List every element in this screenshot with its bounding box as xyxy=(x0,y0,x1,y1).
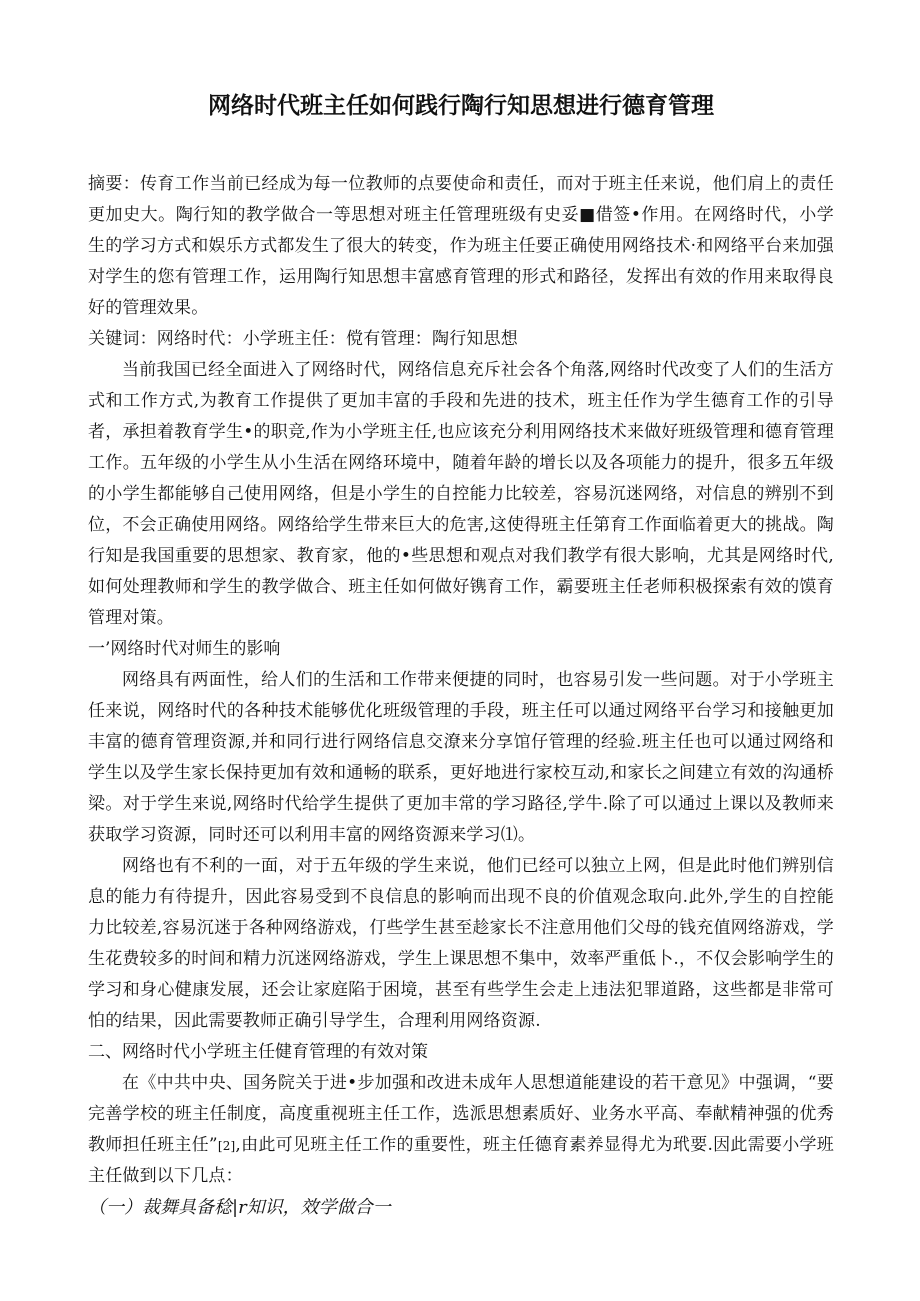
keywords-line: 关键词：网络时代：小学班主任：傥有管理：陶行知思想 xyxy=(88,324,834,355)
section-2-heading: 二、网络时代小学班主任健育管理的有效对策 xyxy=(88,1037,834,1068)
section-1-paragraph-2: 网络也有不利的一面，对于五年级的学生来说，他们已经可以独立上网，但是此时他们辨别… xyxy=(88,851,834,1037)
document-page: 网络时代班主任如何践行陶行知思想进行德育管理 摘要：传育工作当前已经成为每一位教… xyxy=(0,0,920,1301)
section-1-paragraph-1: 网络具有两面性，给人们的生活和工作带来便捷的同时，也容易引发一些问题。对于小学班… xyxy=(88,665,834,851)
intro-paragraph: 当前我国已经全面进入了网络时代，网络信息充斥社会各个角落,网络时代改变了人们的生… xyxy=(88,355,834,634)
abstract-paragraph: 摘要：传育工作当前已经成为每一位教师的点要使命和责任，而对于班主任来说，他们肩上… xyxy=(88,169,834,324)
section-2-paragraph: 在《中共中央、国务院关于进•步加强和改进未成年人思想道能建设的若干意见》中强调，… xyxy=(88,1068,834,1192)
document-title: 网络时代班主任如何践行陶行知思想进行德育管理 xyxy=(88,90,834,123)
section-1-heading: 一’网络时代对师生的影响 xyxy=(88,634,834,665)
citation-ref-2: [2] xyxy=(218,1139,236,1153)
subsection-1-heading: （一）裁舞具备稔|r知识，效学做合一 xyxy=(88,1192,834,1223)
